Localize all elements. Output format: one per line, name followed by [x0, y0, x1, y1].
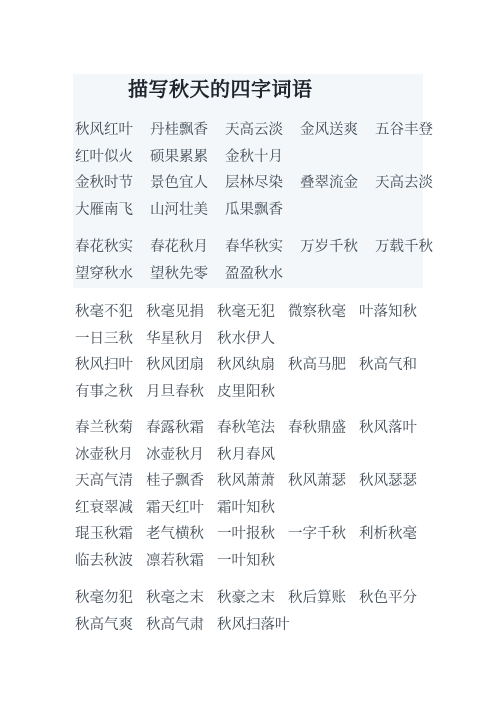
idiom-text: 冰壶秋月: [75, 442, 133, 469]
idiom-text: 盈盈秋水: [225, 261, 283, 288]
idiom-text: 秋高气肃: [146, 612, 204, 639]
idiom-text: 秋毫见捐: [146, 299, 204, 326]
idiom-line: 琨玉秋霜老气横秋一叶报秋一字千秋利析秋毫: [75, 521, 417, 548]
idiom-text: 春兰秋菊: [75, 415, 133, 442]
idiom-text: 红衰翠减: [75, 495, 133, 522]
idiom-text: 秋高马肥: [288, 352, 346, 379]
idiom-text: 天高去淡: [375, 170, 433, 197]
idiom-text: 硕果累累: [150, 144, 208, 171]
idiom-text: 层林尽染: [225, 170, 283, 197]
idiom-text: 望秋先零: [150, 261, 208, 288]
idiom-line: 秋毫不犯秋毫见捐秋毫无犯微察秋毫叶落知秋: [75, 299, 417, 326]
idiom-block: 春花秋实春花秋月春华秋实万岁千秋万载千秋望穿秋水望秋先零盈盈秋水: [75, 234, 423, 287]
idiom-text: 霜天红叶: [146, 495, 204, 522]
idiom-text: 秋风瑟瑟: [359, 468, 417, 495]
idiom-block: 秋风红叶丹桂飘香天高云淡金风送爽五谷丰登红叶似火硕果累累金秋十月金秋时节景色宜人…: [75, 117, 423, 223]
idiom-text: 秋风萧萧: [217, 468, 275, 495]
idiom-block: 秋毫勿犯秋毫之末秋豪之末秋后算账秋色平分秋高气爽秋高气肃秋风扫落叶: [75, 585, 417, 638]
idiom-text: 一日三秋: [75, 326, 133, 353]
idiom-line: 红叶似火硕果累累金秋十月: [75, 144, 423, 171]
idiom-text: 秋高气和: [359, 352, 417, 379]
idiom-text: 景色宜人: [150, 170, 208, 197]
idiom-text: 秋风红叶: [75, 117, 133, 144]
idiom-text: 秋毫勿犯: [75, 585, 133, 612]
idiom-text: 桂子飘香: [146, 468, 204, 495]
idiom-text: 金风送爽: [300, 117, 358, 144]
idiom-text: 秋色平分: [359, 585, 417, 612]
idiom-text: 冰壶秋月: [146, 442, 204, 469]
idiom-line: 秋风扫叶秋风团扇秋风纨扇秋高马肥秋高气和: [75, 352, 417, 379]
idiom-text: 天高云淡: [225, 117, 283, 144]
idiom-text: 叠翠流金: [300, 170, 358, 197]
idiom-line: 望穿秋水望秋先零盈盈秋水: [75, 261, 423, 288]
idiom-text: 秋毫不犯: [75, 299, 133, 326]
panel-word-blocks: 秋风红叶丹桂飘香天高云淡金风送爽五谷丰登红叶似火硕果累累金秋十月金秋时节景色宜人…: [75, 117, 423, 287]
idiom-text: 一字千秋: [288, 521, 346, 548]
idiom-line: 春兰秋菊春露秋霜春秋笔法春秋鼎盛秋风落叶: [75, 415, 417, 442]
idiom-text: 利析秋毫: [359, 521, 417, 548]
idiom-text: 秋月春风: [217, 442, 275, 469]
idiom-text: 春露秋霜: [146, 415, 204, 442]
page-title: 描写秋天的四字词语: [128, 77, 423, 103]
idiom-text: 红叶似火: [75, 144, 133, 171]
idiom-line: 一日三秋华星秋月秋水伊人: [75, 326, 417, 353]
idiom-text: 凛若秋霜: [146, 548, 204, 575]
idiom-line: 临去秋波凛若秋霜一叶知秋: [75, 548, 417, 575]
idiom-text: 霜叶知秋: [217, 495, 275, 522]
idiom-text: 春秋鼎盛: [288, 415, 346, 442]
document-page: 描写秋天的四字词语 秋风红叶丹桂飘香天高云淡金风送爽五谷丰登红叶似火硕果累累金秋…: [0, 0, 500, 708]
idiom-text: 瓜果飘香: [225, 197, 283, 224]
idiom-text: 望穿秋水: [75, 261, 133, 288]
idiom-text: 秋水伊人: [217, 326, 275, 353]
idiom-text: 秋风萧瑟: [288, 468, 346, 495]
highlight-panel: 描写秋天的四字词语 秋风红叶丹桂飘香天高云淡金风送爽五谷丰登红叶似火硕果累累金秋…: [73, 74, 423, 288]
idiom-text: 丹桂飘香: [150, 117, 208, 144]
idiom-text: 华星秋月: [146, 326, 204, 353]
idiom-text: 金秋十月: [225, 144, 283, 171]
idiom-text: 金秋时节: [75, 170, 133, 197]
idiom-line: 秋高气爽秋高气肃秋风扫落叶: [75, 612, 417, 639]
idiom-line: 天高气清桂子飘香秋风萧萧秋风萧瑟秋风瑟瑟: [75, 468, 417, 495]
idiom-text: 春花秋月: [150, 234, 208, 261]
idiom-line: 春花秋实春花秋月春华秋实万岁千秋万载千秋: [75, 234, 423, 261]
body-word-blocks: 秋毫不犯秋毫见捐秋毫无犯微察秋毫叶落知秋一日三秋华星秋月秋水伊人秋风扫叶秋风团扇…: [75, 299, 417, 638]
idiom-text: 秋风团扇: [146, 352, 204, 379]
idiom-text: 临去秋波: [75, 548, 133, 575]
idiom-line: 秋风红叶丹桂飘香天高云淡金风送爽五谷丰登: [75, 117, 423, 144]
idiom-text: 山河壮美: [150, 197, 208, 224]
idiom-text: 大雁南飞: [75, 197, 133, 224]
idiom-text: 微察秋毫: [288, 299, 346, 326]
idiom-text: 万岁千秋: [300, 234, 358, 261]
idiom-text: 秋后算账: [288, 585, 346, 612]
idiom-text: 皮里阳秋: [217, 379, 275, 406]
idiom-text: 秋风纨扇: [217, 352, 275, 379]
idiom-text: 秋高气爽: [75, 612, 133, 639]
idiom-line: 冰壶秋月冰壶秋月秋月春风: [75, 442, 417, 469]
idiom-text: 春华秋实: [225, 234, 283, 261]
idiom-text: 叶落知秋: [359, 299, 417, 326]
idiom-block: 秋毫不犯秋毫见捐秋毫无犯微察秋毫叶落知秋一日三秋华星秋月秋水伊人秋风扫叶秋风团扇…: [75, 299, 417, 405]
idiom-text: 秋风落叶: [359, 415, 417, 442]
idiom-line: 红衰翠减霜天红叶霜叶知秋: [75, 495, 417, 522]
idiom-text: 秋风扫落叶: [217, 612, 290, 639]
idiom-text: 秋豪之末: [217, 585, 275, 612]
idiom-text: 琨玉秋霜: [75, 521, 133, 548]
idiom-line: 金秋时节景色宜人层林尽染叠翠流金天高去淡: [75, 170, 423, 197]
idiom-text: 老气横秋: [146, 521, 204, 548]
idiom-text: 天高气清: [75, 468, 133, 495]
idiom-text: 一叶知秋: [217, 548, 275, 575]
idiom-text: 春秋笔法: [217, 415, 275, 442]
idiom-text: 万载千秋: [375, 234, 433, 261]
idiom-line: 秋毫勿犯秋毫之末秋豪之末秋后算账秋色平分: [75, 585, 417, 612]
idiom-block: 春兰秋菊春露秋霜春秋笔法春秋鼎盛秋风落叶冰壶秋月冰壶秋月秋月春风天高气清桂子飘香…: [75, 415, 417, 574]
idiom-text: 秋毫无犯: [217, 299, 275, 326]
idiom-text: 秋风扫叶: [75, 352, 133, 379]
idiom-text: 有事之秋: [75, 379, 133, 406]
idiom-line: 大雁南飞山河壮美瓜果飘香: [75, 197, 423, 224]
idiom-text: 五谷丰登: [375, 117, 433, 144]
idiom-line: 有事之秋月旦春秋皮里阳秋: [75, 379, 417, 406]
idiom-text: 春花秋实: [75, 234, 133, 261]
idiom-text: 月旦春秋: [146, 379, 204, 406]
idiom-text: 一叶报秋: [217, 521, 275, 548]
idiom-text: 秋毫之末: [146, 585, 204, 612]
